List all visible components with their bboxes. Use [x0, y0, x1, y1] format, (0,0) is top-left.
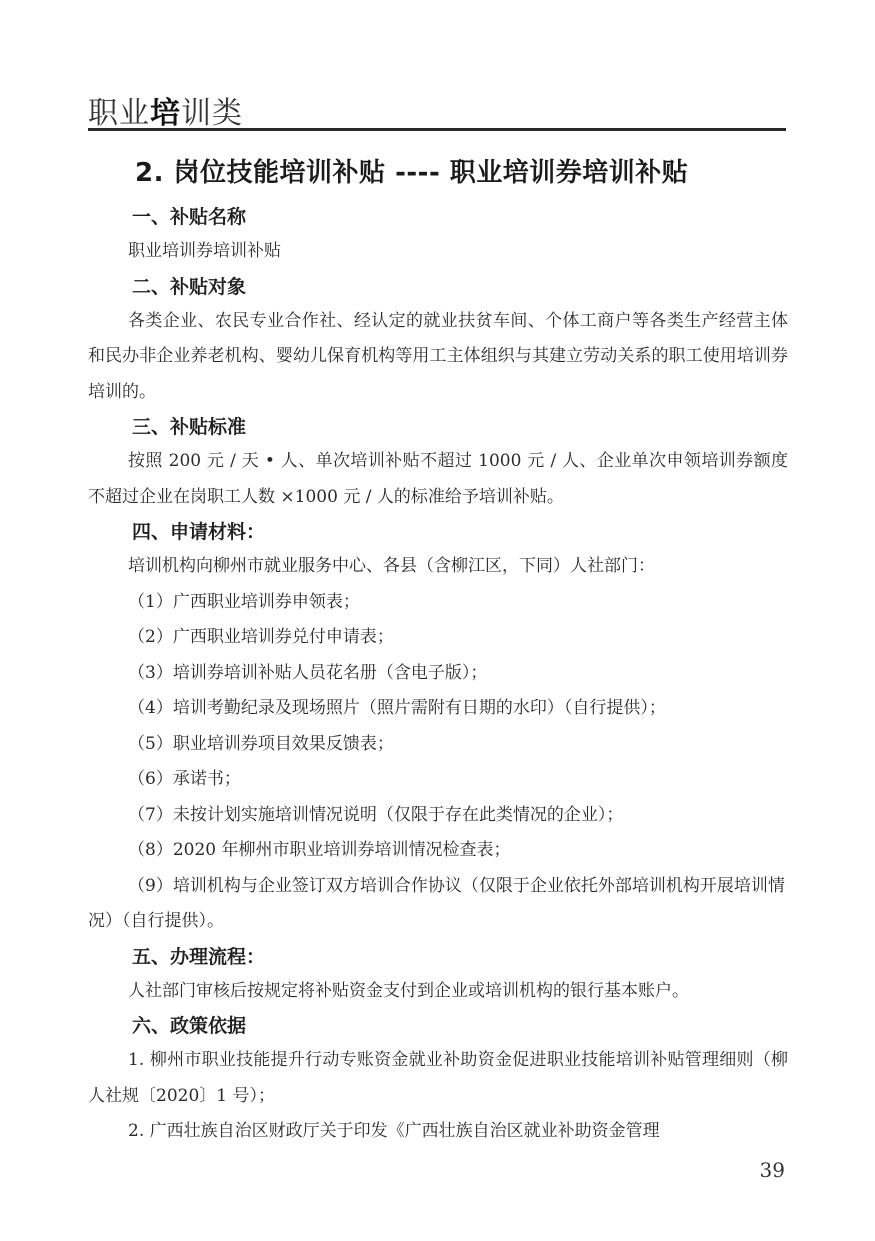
section-heading-process: 五、办理流程： — [88, 940, 788, 974]
section-heading-target: 二、补贴对象 — [88, 270, 788, 304]
section-body-process: 人社部门审核后按规定将补贴资金支付到企业或培训机构的银行基本账户。 — [88, 974, 788, 1010]
policy-item: 1. 柳州市职业技能提升行动专账资金就业补助资金促进职业技能培训补贴管理细则（柳… — [88, 1043, 788, 1114]
materials-item: （8）2020 年柳州市职业培训券培训情况检查表； — [88, 833, 788, 869]
section-heading-name: 一、补贴名称 — [88, 200, 788, 234]
materials-item: （1）广西职业培训券申领表； — [88, 585, 788, 621]
section-heading-materials: 四、申请材料： — [88, 515, 788, 549]
materials-item: （2）广西职业培训券兑付申请表； — [88, 620, 788, 656]
header-category-bold: 培 — [150, 96, 181, 131]
header-divider — [88, 128, 786, 131]
policy-item: 2. 广西壮族自治区财政厅关于印发《广西壮族自治区就业补助资金管理 — [88, 1114, 788, 1150]
materials-item: （3）培训券培训补贴人员花名册（含电子版）； — [88, 656, 788, 692]
materials-item: （6）承诺书； — [88, 762, 788, 798]
materials-item: （4）培训考勤纪录及现场照片（照片需附有日期的水印）（自行提供）； — [88, 691, 788, 727]
materials-item: （7）未按计划实施培训情况说明（仅限于存在此类情况的企业）； — [88, 798, 788, 834]
page-title: 2. 岗位技能培训补贴 ---- 职业培训券培训补贴 — [135, 152, 688, 189]
section-body-name: 职业培训券培训补贴 — [88, 234, 788, 270]
document-body: 一、补贴名称 职业培训券培训补贴 二、补贴对象 各类企业、农民专业合作社、经认定… — [88, 200, 788, 1150]
section-intro-materials: 培训机构向柳州市就业服务中心、各县（含柳江区，下同）人社部门： — [88, 549, 788, 585]
header-category-part1: 职业 — [88, 96, 150, 131]
section-heading-standard: 三、补贴标准 — [88, 410, 788, 444]
section-body-target: 各类企业、农民专业合作社、经认定的就业扶贫车间、个体工商户等各类生产经营主体和民… — [88, 304, 788, 411]
section-body-standard: 按照 200 元 / 天 • 人、单次培训补贴不超过 1000 元 / 人、企业… — [88, 444, 788, 515]
running-header: 职业培训类 — [88, 88, 243, 132]
page-number: 39 — [760, 1158, 785, 1182]
materials-item: （9）培训机构与企业签订双方培训合作协议（仅限于企业依托外部培训机构开展培训情况… — [88, 869, 788, 940]
materials-item: （5）职业培训券项目效果反馈表； — [88, 727, 788, 763]
section-heading-policy-basis: 六、政策依据 — [88, 1009, 788, 1043]
header-category-part2: 训类 — [181, 96, 243, 131]
